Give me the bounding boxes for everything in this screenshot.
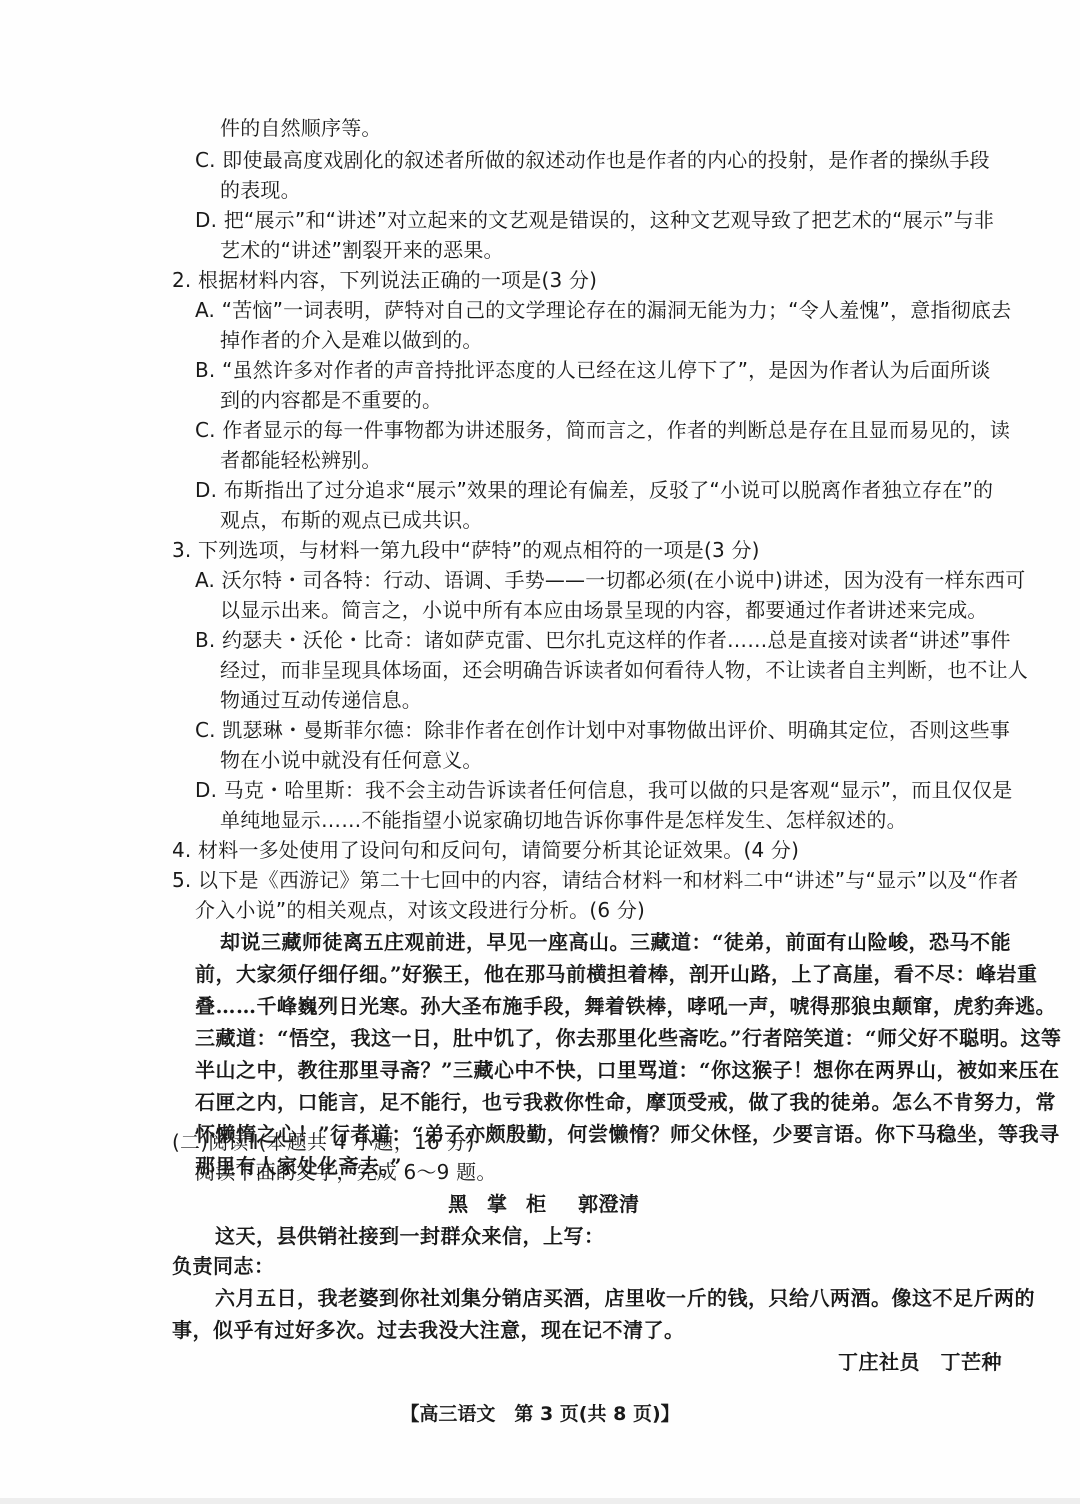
letter-signature: 丁庄社员 丁芒种 [838, 1348, 1002, 1376]
bottom-edge [0, 1498, 1080, 1504]
q1-option-c-continuation: 的表现。 [220, 176, 301, 204]
q3-option-a-continuation: 以显示出来。简言之，小说中所有本应由场景呈现的内容，都要通过作者讲述来完成。 [220, 596, 988, 624]
page-footer: 【高三语文 第 3 页(共 8 页)】 [0, 1400, 1080, 1428]
q3-option-c-continuation: 物在小说中就没有任何意义。 [220, 746, 483, 774]
excerpt-line: 三藏道：“悟空，我这一日，肚中饥了，你去那里化些斋吃。”行者陪笑道：“师父好不聪… [195, 1024, 1062, 1052]
q1-option-c: C. 即使最高度戏剧化的叙述者所做的叙述动作也是作者的内心的投射，是作者的操纵手… [195, 146, 990, 174]
excerpt-line: 半山之中，教往那里寻斋？”三藏心中不快，口里骂道：“你这猴子！想你在两界山，被如… [195, 1056, 1060, 1084]
q2-option-c: C. 作者显示的每一件事物都为讲述服务，简而言之，作者的判断总是存在且显而易见的… [195, 416, 1010, 444]
q2-option-a: A. “苦恼”一词表明，萨特对自己的文学理论存在的漏洞无能为力；“令人羞愧”，意… [195, 296, 1011, 324]
q2-option-d-continuation: 观点，布斯的观点已成共识。 [220, 506, 483, 534]
q2-stem: 2. 根据材料内容，下列说法正确的一项是(3 分) [172, 266, 597, 294]
q3-stem: 3. 下列选项，与材料一第九段中“萨特”的观点相符的一项是(3 分) [172, 536, 760, 564]
excerpt-line: 却说三藏师徒离五庄观前进，早见一座高山。三藏道：“徒弟，前面有山险峻，恐马不能 [220, 928, 1011, 956]
q2-option-b: B. “虽然许多对作者的声音持批评态度的人已经在这儿停下了”，是因为作者认为后面… [195, 356, 991, 384]
section2-instruction: 阅读下面的文字，完成 6～9 题。 [195, 1158, 497, 1186]
q2-option-c-continuation: 者都能轻松辨别。 [220, 446, 382, 474]
q5-stem: 5. 以下是《西游记》第二十七回中的内容，请结合材料一和材料二中“讲述”与“显示… [172, 866, 1018, 894]
q3-option-d-continuation: 单纯地显示……不能指望小说家确切地告诉你事件是怎样发生、怎样叙述的。 [220, 806, 907, 834]
letter-salutation: 负责同志： [172, 1252, 275, 1280]
exam-page: 件的自然顺序等。 C. 即使最高度戏剧化的叙述者所做的叙述动作也是作者的内心的投… [0, 0, 1080, 1504]
story-author: 郭澄清 [578, 1190, 640, 1218]
q3-option-b: B. 约瑟夫・沃伦・比奇：诸如萨克雷、巴尔扎克这样的作者……总是直接对读者“讲述… [195, 626, 1011, 654]
story-paragraph: 这天，县供销社接到一封群众来信，上写： [215, 1222, 605, 1250]
letter-body: 六月五日，我老婆到你社刘集分销店买酒，店里收一斤的钱，只给八两酒。像这不足斤两的 [215, 1284, 1035, 1312]
excerpt-line: 叠……千峰巍列日光寒。孙大圣布施手段，舞着铁棒，哮吼一声，唬得那狼虫颠窜，虎豹奔… [195, 992, 1056, 1020]
q3-option-c: C. 凯瑟琳・曼斯菲尔德：除非作者在创作计划中对事物做出评价、明确其定位，否则这… [195, 716, 1010, 744]
q1-option-b-continuation: 件的自然顺序等。 [220, 114, 382, 142]
excerpt-line: 石匣之内，口能言，足不能行，也亏我救你性命，摩顶受戒，做了我的徒弟。怎么不肯努力… [195, 1088, 1056, 1116]
q3-option-d: D. 马克・哈里斯：我不会主动告诉读者任何信息，我可以做的只是客观“显示”，而且… [195, 776, 1012, 804]
q2-option-b-continuation: 到的内容都是不重要的。 [220, 386, 442, 414]
q4-stem: 4. 材料一多处使用了设问句和反问句，请简要分析其论证效果。(4 分) [172, 836, 799, 864]
letter-body-continuation: 事，似乎有过好多次。过去我没大注意，现在记不清了。 [172, 1316, 685, 1344]
q1-option-d-continuation: 艺术的“讲述”割裂开来的恶果。 [220, 236, 504, 264]
section2-heading: (二)阅读Ⅱ(本题共 4 小题，16 分) [172, 1128, 475, 1156]
q3-option-a: A. 沃尔特・司各特：行动、语调、手势——一切都必须(在小说中)讲述，因为没有一… [195, 566, 1025, 594]
story-title: 黑 掌 柜 [372, 1190, 552, 1218]
q5-stem-continuation: 介入小说”的相关观点，对该文段进行分析。(6 分) [195, 896, 645, 924]
q3-option-b-continuation-1: 经过，而非呈现具体场面，还会明确告诉读者如何看待人物，不让读者自主判断，也不让人 [220, 656, 1028, 684]
q3-option-b-continuation-2: 物通过互动传递信息。 [220, 686, 422, 714]
q2-option-a-continuation: 掉作者的介入是难以做到的。 [220, 326, 483, 354]
q1-option-d: D. 把“展示”和“讲述”对立起来的文艺观是错误的，这种文艺观导致了把艺术的“展… [195, 206, 994, 234]
excerpt-line: 前，大家须仔细仔细。”好猴王，他在那马前横担着棒，剖开山路，上了高崖，看不尽：峰… [195, 960, 1038, 988]
q2-option-d: D. 布斯指出了过分追求“展示”效果的理论有偏差，反驳了“小说可以脱离作者独立存… [195, 476, 993, 504]
